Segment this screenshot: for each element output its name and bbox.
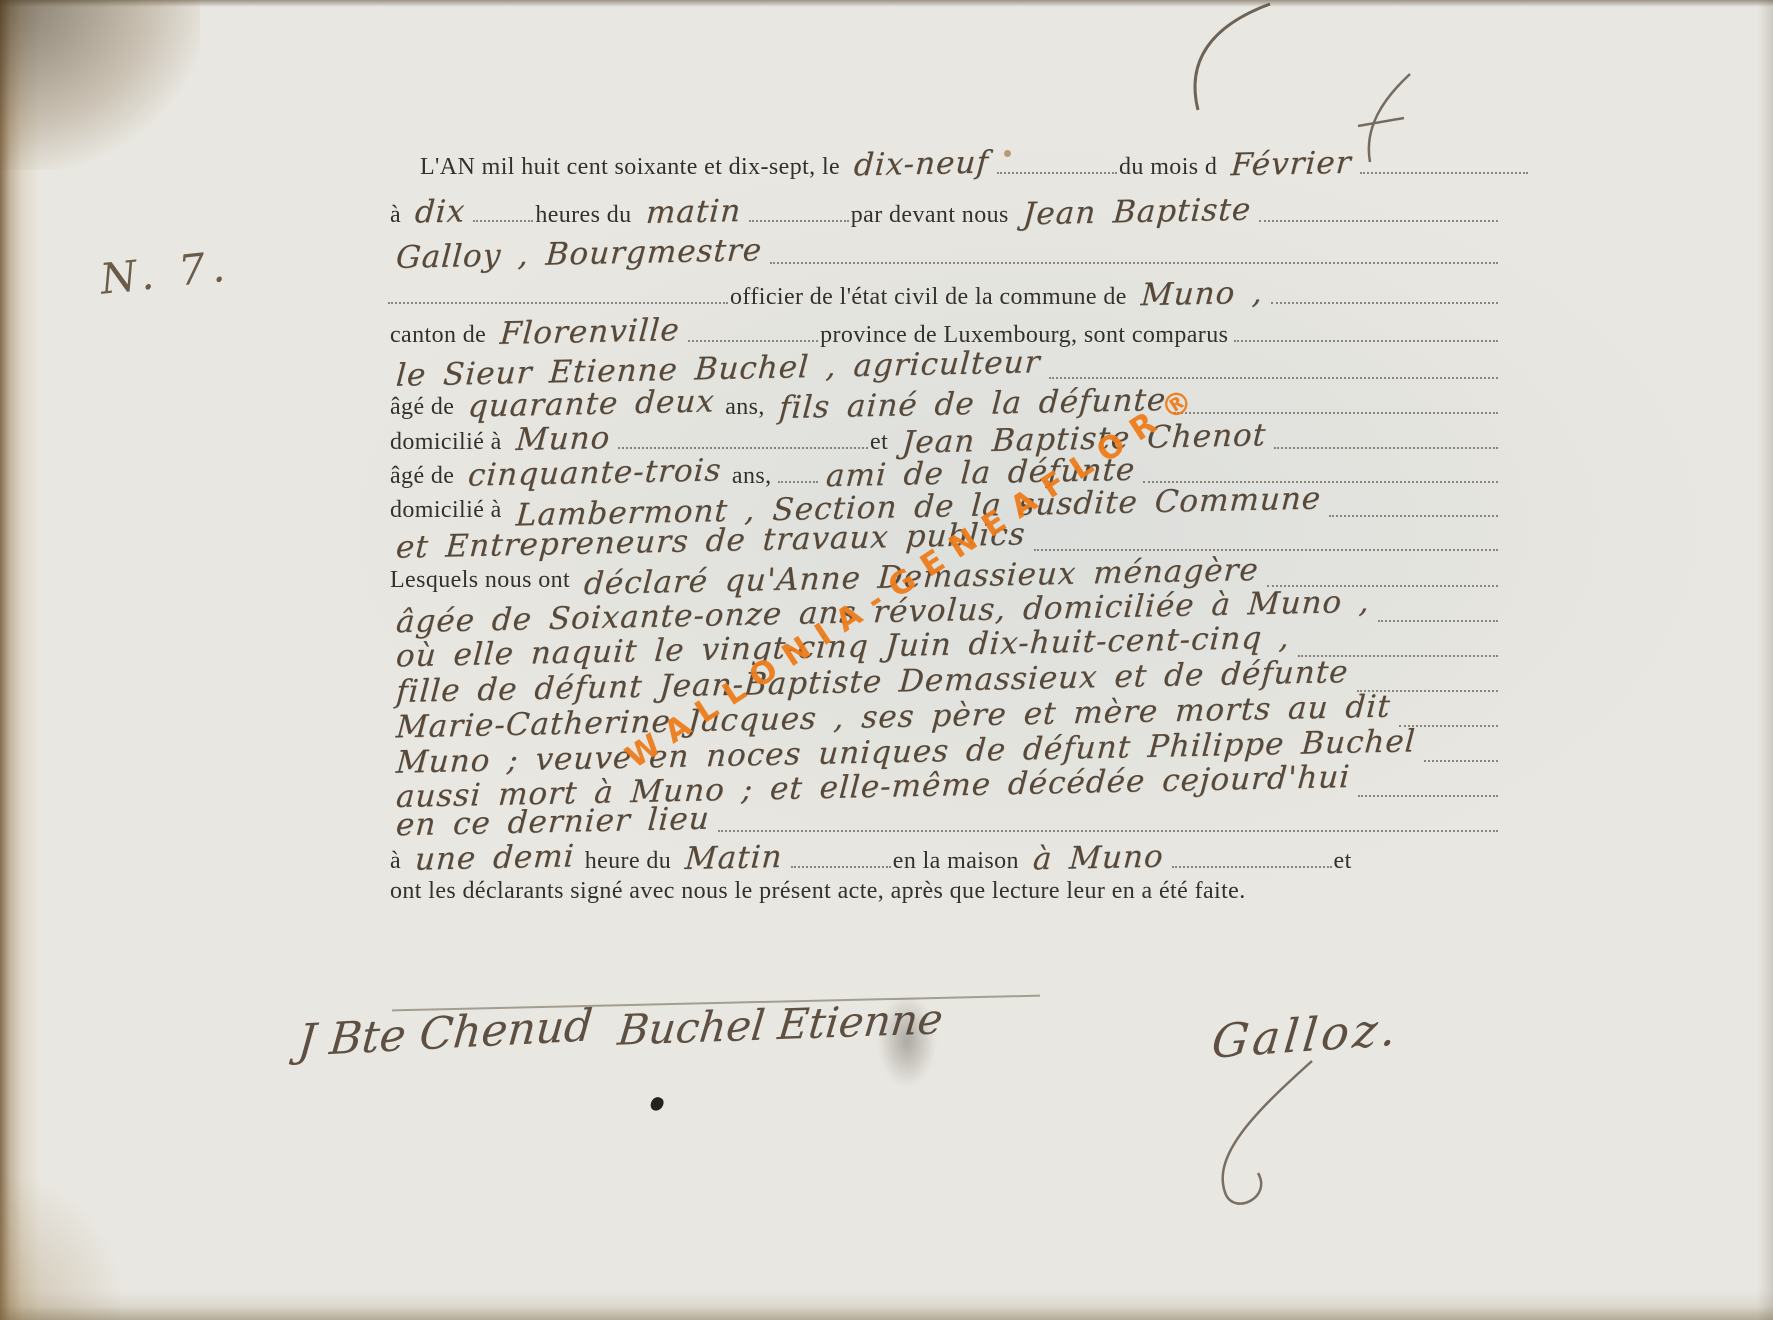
dotted-rule <box>997 172 1117 174</box>
dotted-rule <box>1174 412 1498 414</box>
handwritten-entry: Matin <box>684 839 784 877</box>
form-line-8: domicilié àMunoetJean Baptiste Chenot <box>388 421 1498 457</box>
printed-text: ont les déclarants signé avec nous le pr… <box>390 878 1246 905</box>
ink-smudge <box>878 995 936 1087</box>
form-line-21: ont les déclarants signé avec nous le pr… <box>388 878 1498 905</box>
form-line-6: le Sieur Etienne Buchel , agriculteur <box>388 351 1498 387</box>
pen-flourish-icon <box>1180 1055 1350 1215</box>
printed-text: par devant nous <box>851 202 1009 229</box>
handwritten-entry: dix-neuf <box>853 145 990 184</box>
document-page: N. 7. L'AN mil huit cent soixante et dix… <box>0 0 1773 1320</box>
handwritten-entry: à Muno <box>1032 839 1165 878</box>
form-line-18: aussi mort à Muno ; et elle-même décédée… <box>388 769 1498 805</box>
handwritten-entry: Muno <box>515 420 612 458</box>
form-line-2: àdixheures dumatinpar devant nousJean Ba… <box>388 194 1498 230</box>
dotted-rule <box>1360 172 1528 174</box>
printed-text: domicilié à <box>390 429 502 456</box>
form-line-19: en ce dernier lieu <box>388 804 1498 840</box>
printed-text: Lesquels nous ont <box>390 567 570 594</box>
form-line-3: Galloy , Bourgmestre <box>388 236 1498 272</box>
dotted-rule <box>749 220 849 222</box>
dotted-rule <box>791 866 891 868</box>
dotted-rule <box>1378 620 1498 622</box>
pen-flourish-icon <box>1150 0 1300 115</box>
dotted-rule <box>1358 795 1498 797</box>
dotted-rule <box>1271 302 1498 304</box>
handwritten-entry: Florenville <box>499 312 681 352</box>
dotted-rule <box>1049 377 1498 379</box>
form-lines: L'AN mil huit cent soixante et dix-sept,… <box>0 0 1773 1320</box>
printed-text: officier de l'état civil de la commune d… <box>730 284 1127 311</box>
handwritten-entry: fils ainé de la défunte <box>778 382 1168 426</box>
printed-text: heure du <box>585 848 672 875</box>
handwritten-entry: une demi <box>414 838 576 877</box>
handwritten-entry: matin <box>644 193 742 231</box>
printed-text: et <box>1334 848 1352 875</box>
dotted-rule <box>1259 220 1498 222</box>
dotted-rule <box>688 340 818 342</box>
handwritten-entry: dix <box>414 193 467 230</box>
printed-text: âgé de <box>390 394 454 421</box>
printed-text: à <box>390 202 401 229</box>
printed-text: L'AN mil huit cent soixante et dix-sept,… <box>420 154 840 181</box>
dotted-rule <box>1034 549 1498 551</box>
dotted-rule <box>1274 447 1498 449</box>
handwritten-entry: cinquante-trois <box>467 452 723 493</box>
printed-text: canton de <box>390 322 486 349</box>
dotted-rule <box>778 481 818 483</box>
dotted-rule <box>1234 340 1498 342</box>
printed-text: domicilié à <box>390 497 502 524</box>
form-line-5: canton deFlorenvilleprovince de Luxembou… <box>388 314 1498 350</box>
dotted-rule <box>1424 760 1498 762</box>
handwritten-entry: quarante deux <box>467 383 716 424</box>
dotted-rule <box>1172 866 1332 868</box>
ink-speck <box>1004 150 1011 157</box>
dotted-rule <box>618 447 868 449</box>
printed-text: du mois d <box>1119 154 1217 181</box>
form-line-4: officier de l'état civil de la commune d… <box>388 276 1498 312</box>
handwritten-entry: Jean Baptiste <box>1022 192 1253 233</box>
pen-flourish-icon <box>1330 68 1440 168</box>
printed-text: ans, <box>732 463 772 490</box>
form-line-13: âgée de Soixante-onze ans révolus, domic… <box>388 594 1498 630</box>
printed-text: heures du <box>535 202 631 229</box>
form-line-20: àune demiheure duMatinen la maisonà Muno… <box>388 840 1498 876</box>
handwritten-entry: Muno , <box>1140 275 1264 314</box>
printed-text: et <box>870 429 888 456</box>
form-line-9: âgé decinquante-troisans,ami de la défun… <box>388 455 1498 491</box>
dotted-rule <box>473 220 533 222</box>
printed-text: à <box>390 848 401 875</box>
form-line-7: âgé dequarante deuxans,fils ainé de la d… <box>388 386 1498 422</box>
printed-text: en la maison <box>893 848 1019 875</box>
printed-text: âgé de <box>390 463 454 490</box>
printed-text: ans, <box>725 394 765 421</box>
dotted-rule <box>1329 515 1498 517</box>
handwritten-entry: Galloy , Bourgmestre <box>395 232 763 276</box>
dotted-rule <box>718 830 1498 832</box>
handwritten-entry: en ce dernier lieu <box>395 801 711 844</box>
dotted-rule <box>388 302 728 304</box>
dotted-rule <box>770 262 1498 264</box>
